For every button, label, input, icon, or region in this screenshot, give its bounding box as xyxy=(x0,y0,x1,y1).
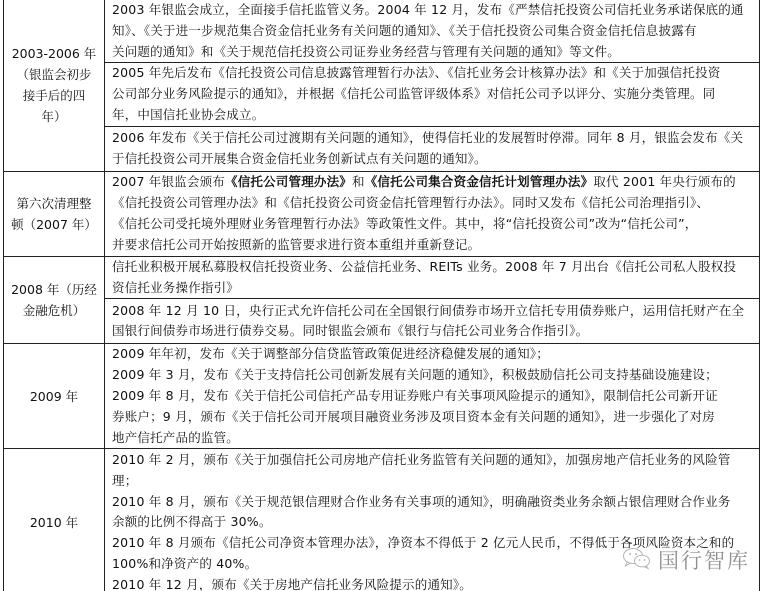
entry-line: 地产信托产品的监管。 xyxy=(112,428,753,449)
regulation-title-bold: 《信托公司管理办法》 xyxy=(225,174,352,189)
entry-line: 2010 年 8 月，颁布《关于规范银信理财合作业务有关事项的通知》，明确融资类… xyxy=(112,492,753,513)
entry-line: 2009 年年初，发布《关于调整部分信贷监管政策促进经济稳健发展的通知》； xyxy=(112,344,753,365)
entry-text: 和 xyxy=(352,174,365,189)
table-row: 2008 年（历经 金融危机） 信托业积极开展私募股权信托投资业务、公益信托业务… xyxy=(4,256,760,299)
entry-line: 2009 年 8 月，发布《关于信托公司信托产品专用证券账户有关事项风险提示的通… xyxy=(112,386,753,407)
entry-line: 年，中国信托业协会成立。 xyxy=(112,105,753,126)
period-line: 顿（2007 年） xyxy=(10,214,98,235)
entry-line: 知》、《关于进一步规范集合资金信托业务有关问题的通知》、《关于信托投资公司集合资… xyxy=(112,21,753,42)
period-line: 第六次清理整 xyxy=(10,193,98,214)
entry-line-rich: 2007 年银监会颁布《信托公司管理办法》和《信托公司集合资金信托计划管理办法》… xyxy=(112,172,753,193)
period-cell: 2010 年 xyxy=(4,449,105,591)
period-line: 年） xyxy=(10,106,98,127)
entry-line: 信托业积极开展私募股权信托投资业务、公益信托业务、REITs 业务。2008 年… xyxy=(112,257,753,278)
entry-line: 公司部分业务风险提示的通知》，并根据《信托公司监管评级体系》对信托公司予以评分、… xyxy=(112,84,753,105)
entry-line: 2010 年 2 月，颁布《关于加强信托公司房地产信托业务监管有关问题的通知》，… xyxy=(112,450,753,471)
period-line: （银监会初步 xyxy=(10,64,98,85)
period-line: 2003-2006 年 xyxy=(10,43,98,64)
period-line: 2009 年 xyxy=(10,386,98,407)
entry-cell: 2005 年先后发布《信托投资公司信息披露管理暂行办法》、《信托业务会计核算办法… xyxy=(105,63,760,126)
period-cell: 第六次清理整 顿（2007 年） xyxy=(4,171,105,256)
entry-line: 并要求信托公司开始按照新的监管要求进行资本重组并重新登记。 xyxy=(112,235,753,256)
entry-text: 取代 2001 年央行颁布的 xyxy=(593,174,736,189)
regulation-title-bold: 《信托公司集合资金信托计划管理办法》 xyxy=(365,174,594,189)
period-line: 2010 年 xyxy=(10,512,98,533)
table-row: 2005 年先后发布《信托投资公司信息披露管理暂行办法》、《信托业务会计核算办法… xyxy=(4,63,760,126)
table-row: 2006 年发布《关于信托公司过渡期有关问题的通知》，使得信托业的发展暂时停滞。… xyxy=(4,126,760,171)
table-row: 2003-2006 年 （银监会初步 接手后的四 年） 2003 年银监会成立，… xyxy=(4,0,760,63)
entry-line: 资信托业务操作指引》 xyxy=(112,278,753,299)
entry-line: 2009 年 3 月，发布《关于支持信托公司创新发展有关问题的通知》，积极鼓励信… xyxy=(112,365,753,386)
trust-regulation-timeline-table: 2003-2006 年 （银监会初步 接手后的四 年） 2003 年银监会成立，… xyxy=(3,0,760,591)
entry-cell: 2006 年发布《关于信托公司过渡期有关问题的通知》，使得信托业的发展暂时停滞。… xyxy=(105,126,760,171)
period-line: 2008 年（历经 xyxy=(10,279,98,300)
entry-cell: 2007 年银监会颁布《信托公司管理办法》和《信托公司集合资金信托计划管理办法》… xyxy=(105,171,760,256)
entry-cell: 2008 年 12 月 10 日，央行正式允许信托公司在全国银行间债券市场开立信… xyxy=(105,299,760,344)
period-line: 金融危机） xyxy=(10,300,98,321)
entry-cell: 2009 年年初，发布《关于调整部分信贷监管政策促进经济稳健发展的通知》； 20… xyxy=(105,344,760,449)
entry-line: 2006 年发布《关于信托公司过渡期有关问题的通知》，使得信托业的发展暂时停滞。… xyxy=(112,128,753,149)
table-row: 第六次清理整 顿（2007 年） 2007 年银监会颁布《信托公司管理办法》和《… xyxy=(4,171,760,256)
wechat-icon xyxy=(622,546,652,574)
entry-cell: 2003 年银监会成立，全面接手信托监管义务。2004 年 12 月，发布《严禁… xyxy=(105,0,760,63)
entry-cell: 信托业积极开展私募股权信托投资业务、公益信托业务、REITs 业务。2008 年… xyxy=(105,256,760,299)
entry-line: 关问题的通知》和《关于规范信托投资公司证券业务经营与管理有关问题的通知》等文件。 xyxy=(112,42,753,63)
entry-line: 2008 年 12 月 10 日，央行正式允许信托公司在全国银行间债券市场开立信… xyxy=(112,301,753,322)
entry-line: 《信托公司受托境外理财业务管理暂行办法》等政策性文件。其中，将“信托投资公司”改… xyxy=(112,214,753,235)
entry-line: 于信托投资公司开展集合资金信托业务创新试点有关问题的通知》。 xyxy=(112,149,753,170)
table-row: 2009 年 2009 年年初，发布《关于调整部分信贷监管政策促进经济稳健发展的… xyxy=(4,344,760,449)
entry-line: 国银行间债券市场进行债券交易。同时银监会颁布《银行与信托公司业务合作指引》。 xyxy=(112,321,753,342)
period-cell: 2008 年（历经 金融危机） xyxy=(4,256,105,344)
watermark-text: 国行智库 xyxy=(658,545,750,575)
entry-line: 余额的比例不得高于 30%。 xyxy=(112,512,753,533)
watermark: 国行智库 xyxy=(622,545,750,575)
entry-line: 2003 年银监会成立，全面接手信托监管义务。2004 年 12 月，发布《严禁… xyxy=(112,0,753,21)
entry-line: 券账户；9 月，颁布《关于信托公司开展项目融资业务涉及项目资本金有关问题的通知》… xyxy=(112,407,753,428)
table-row: 2008 年 12 月 10 日，央行正式允许信托公司在全国银行间债券市场开立信… xyxy=(4,299,760,344)
entry-line: 2010 年 12 月，颁布《关于房地产信托业务风险提示的通知》。 xyxy=(112,575,753,591)
entry-line: 2005 年先后发布《信托投资公司信息披露管理暂行办法》、《信托业务会计核算办法… xyxy=(112,63,753,84)
period-line: 接手后的四 xyxy=(10,85,98,106)
entry-text: 2007 年银监会颁布 xyxy=(112,174,225,189)
entry-line: 《信托投资公司管理办法》和《信托投资公司资金信托管理暂行办法》。同时又发布《信托… xyxy=(112,193,753,214)
entry-line: 理； xyxy=(112,471,753,492)
period-cell: 2009 年 xyxy=(4,344,105,449)
period-cell: 2003-2006 年 （银监会初步 接手后的四 年） xyxy=(4,0,105,171)
